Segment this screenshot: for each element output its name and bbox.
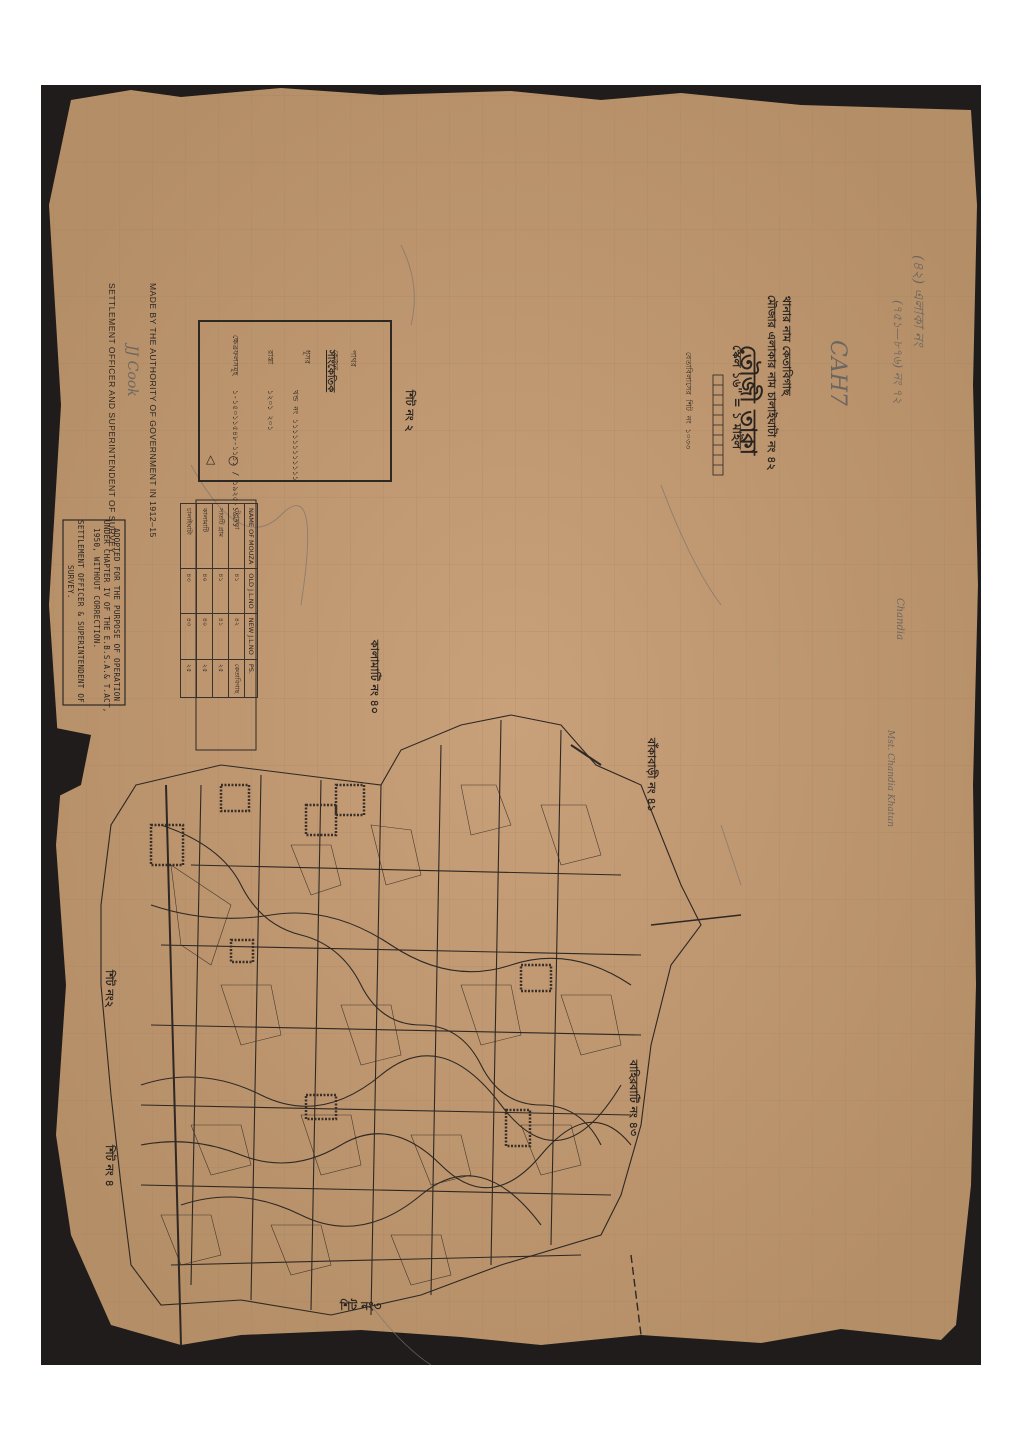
pencil-note-range: (৭৫১—৮৭৬) নং ৭২ — [886, 300, 906, 404]
legend-item-area: ক্ষেত্রফলসমূহ — [228, 335, 240, 376]
boundary-label-bahirbati: বাহিরবাটি নং ৪৩ — [623, 1060, 642, 1136]
legend-item-road-value: ১২০১ ২০১ — [263, 390, 275, 431]
authority-made-by: MADE BY THE AUTHORITY OF GOVERNMENT IN 1… — [148, 283, 158, 538]
legend-item-plot-value: খন্ড নং ১১১১১১১১১১১১ — [288, 390, 300, 481]
pencil-note-chandia: Chandia — [894, 598, 905, 640]
th-old-jl: OLD J.L.NO — [245, 569, 258, 613]
triangle-icon: △ — [206, 452, 215, 466]
legend-item-plot: ধূসর — [300, 350, 312, 364]
stamp-line-4: SETTLEMENT OFFICER & SUPERINTENDENT OF — [76, 520, 85, 703]
th-new-jl: NEW J.L.NO — [245, 613, 258, 659]
legend-item-mark: কেজন — [328, 350, 340, 370]
stamp-line-1: ADOPTED FOR THE PURPOSE OF OPERATION — [112, 528, 121, 701]
circle-icon: ○ — [228, 453, 238, 467]
table-row: চালাইঘাটা৪৩৪৩২৫ — [181, 504, 197, 698]
sheet-label-3: শিট নং৩ — [340, 1298, 381, 1318]
stamp-line-3: 1950, WITHOUT CORRECTION. — [92, 528, 101, 648]
authority-officer: SETTLEMENT OFFICER AND SUPERINTENDENT OF… — [107, 283, 117, 554]
pencil-note-code: CAH7 — [825, 340, 850, 406]
table-row: কালামাটি৪০৪০২৫ — [197, 504, 213, 698]
map-sheet — [41, 85, 981, 1365]
map-scale: স্কেল ১৬" = ১ মাইল — [725, 345, 745, 449]
table-row: সাতটি গ্রাম৪১৪১২৫ — [213, 504, 229, 698]
boundary-label-bankabari: বাঁকাবাড়ী নং ৪১ — [641, 738, 660, 812]
stamp-line-2: UNDER CHAPTER IV OF THE E.B.S.A.& T.ACT, — [102, 520, 111, 713]
scale-bar-label: বেতাবিলাসের শিট নং ১০৩৩ — [681, 352, 693, 449]
table-row: টেপুখড়া৪১৪২কেতাবিগাছ — [229, 504, 245, 698]
sheet-label-4: শিট নং ৪ — [99, 1145, 118, 1187]
stamp-line-5: SURVEY. — [66, 565, 75, 599]
sheet-label-2-top: শিট নং ২ — [399, 390, 418, 432]
legend-item-road: রাস্তা — [263, 350, 275, 364]
boundary-label-kalamati: কালামাটি নং ৪০ — [364, 640, 383, 714]
pencil-note-mouza-number: (৪২) এলাকা নং — [906, 255, 930, 346]
sheet-label-2-left: শিট নং২ — [99, 970, 118, 1008]
scan-backing — [41, 85, 981, 1365]
mouza-table: NAME OF MOUZAOLD J.L.NONEW J.L.NOPS. টেপ… — [180, 503, 258, 698]
officer-signature: JJ Cook — [124, 345, 140, 397]
th-ps: PS. — [245, 659, 258, 698]
legend-item-stone: পাথর — [346, 350, 358, 367]
pencil-note-owner: Mst. Chandia Khatun — [885, 730, 895, 827]
th-name: NAME OF MOUZA — [245, 504, 258, 569]
